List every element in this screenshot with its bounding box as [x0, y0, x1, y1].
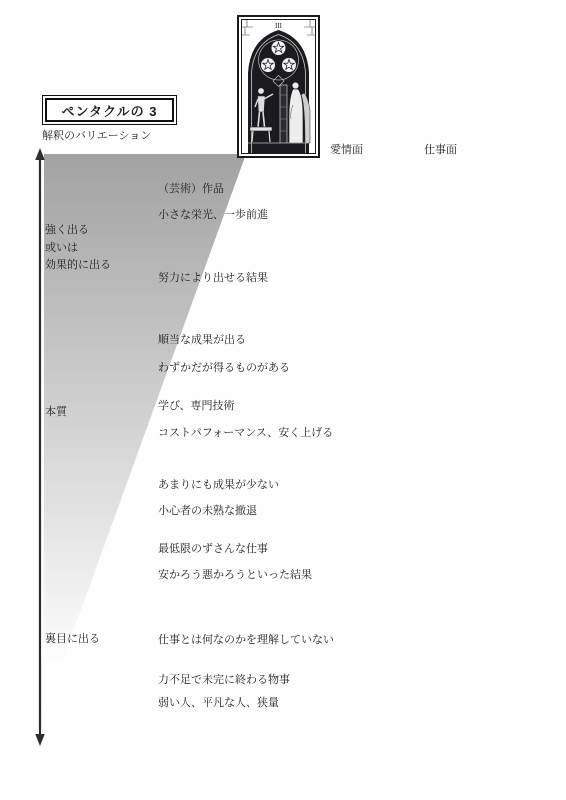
carved-pillar [280, 85, 287, 143]
interpretation-item: 順当な成果が出る [158, 331, 246, 347]
axis-label-backfire: 裏目に出る [45, 631, 100, 649]
card-numeral: III [275, 22, 283, 30]
interpretation-item: 小心者の未熟な撤退 [158, 502, 257, 518]
interpretation-item: 学び、専門技術 [158, 397, 235, 413]
vertical-axis-arrow [35, 148, 45, 746]
subtitle: 解釈のバリエーション [42, 127, 151, 143]
interpretation-item: わずかだが得るものがある [158, 359, 290, 375]
interpretation-item: 最低限のずさんな仕事 [158, 540, 268, 556]
axis-label-strong: 強く出る 或いは 効果的に出る [45, 222, 111, 275]
title-box: ペンタクルの 3 [42, 95, 177, 125]
interpretation-item: 弱い人、平凡な人、狭量 [158, 694, 279, 710]
column-header-work: 仕事面 [424, 141, 457, 157]
interpretation-item: 力不足で未完に終わる物事 [158, 671, 290, 687]
axis-label-essence: 本質 [45, 404, 67, 422]
column-header-love: 愛情面 [330, 141, 363, 157]
interpretation-item: 仕事とは何なのかを理解していない [158, 631, 334, 647]
interpretation-item: 努力により出せる結果 [158, 269, 268, 285]
document-page: III [0, 0, 566, 800]
arrowhead-down-icon [35, 734, 45, 746]
three-of-pentacles-card-image: III [237, 15, 320, 158]
interpretation-item: （芸術）作品 [158, 180, 224, 196]
interpretation-item: あまりにも成果が少ない [158, 476, 279, 492]
interpretation-item: コストパフォーマンス、安く上げる [158, 424, 333, 440]
interpretation-item: 安かろう悪かろうといった結果 [158, 566, 312, 582]
arrowhead-up-icon [35, 148, 45, 160]
page-title: ペンタクルの 3 [45, 98, 174, 122]
interpretation-item: 小さな栄光、一歩前進 [158, 206, 268, 222]
